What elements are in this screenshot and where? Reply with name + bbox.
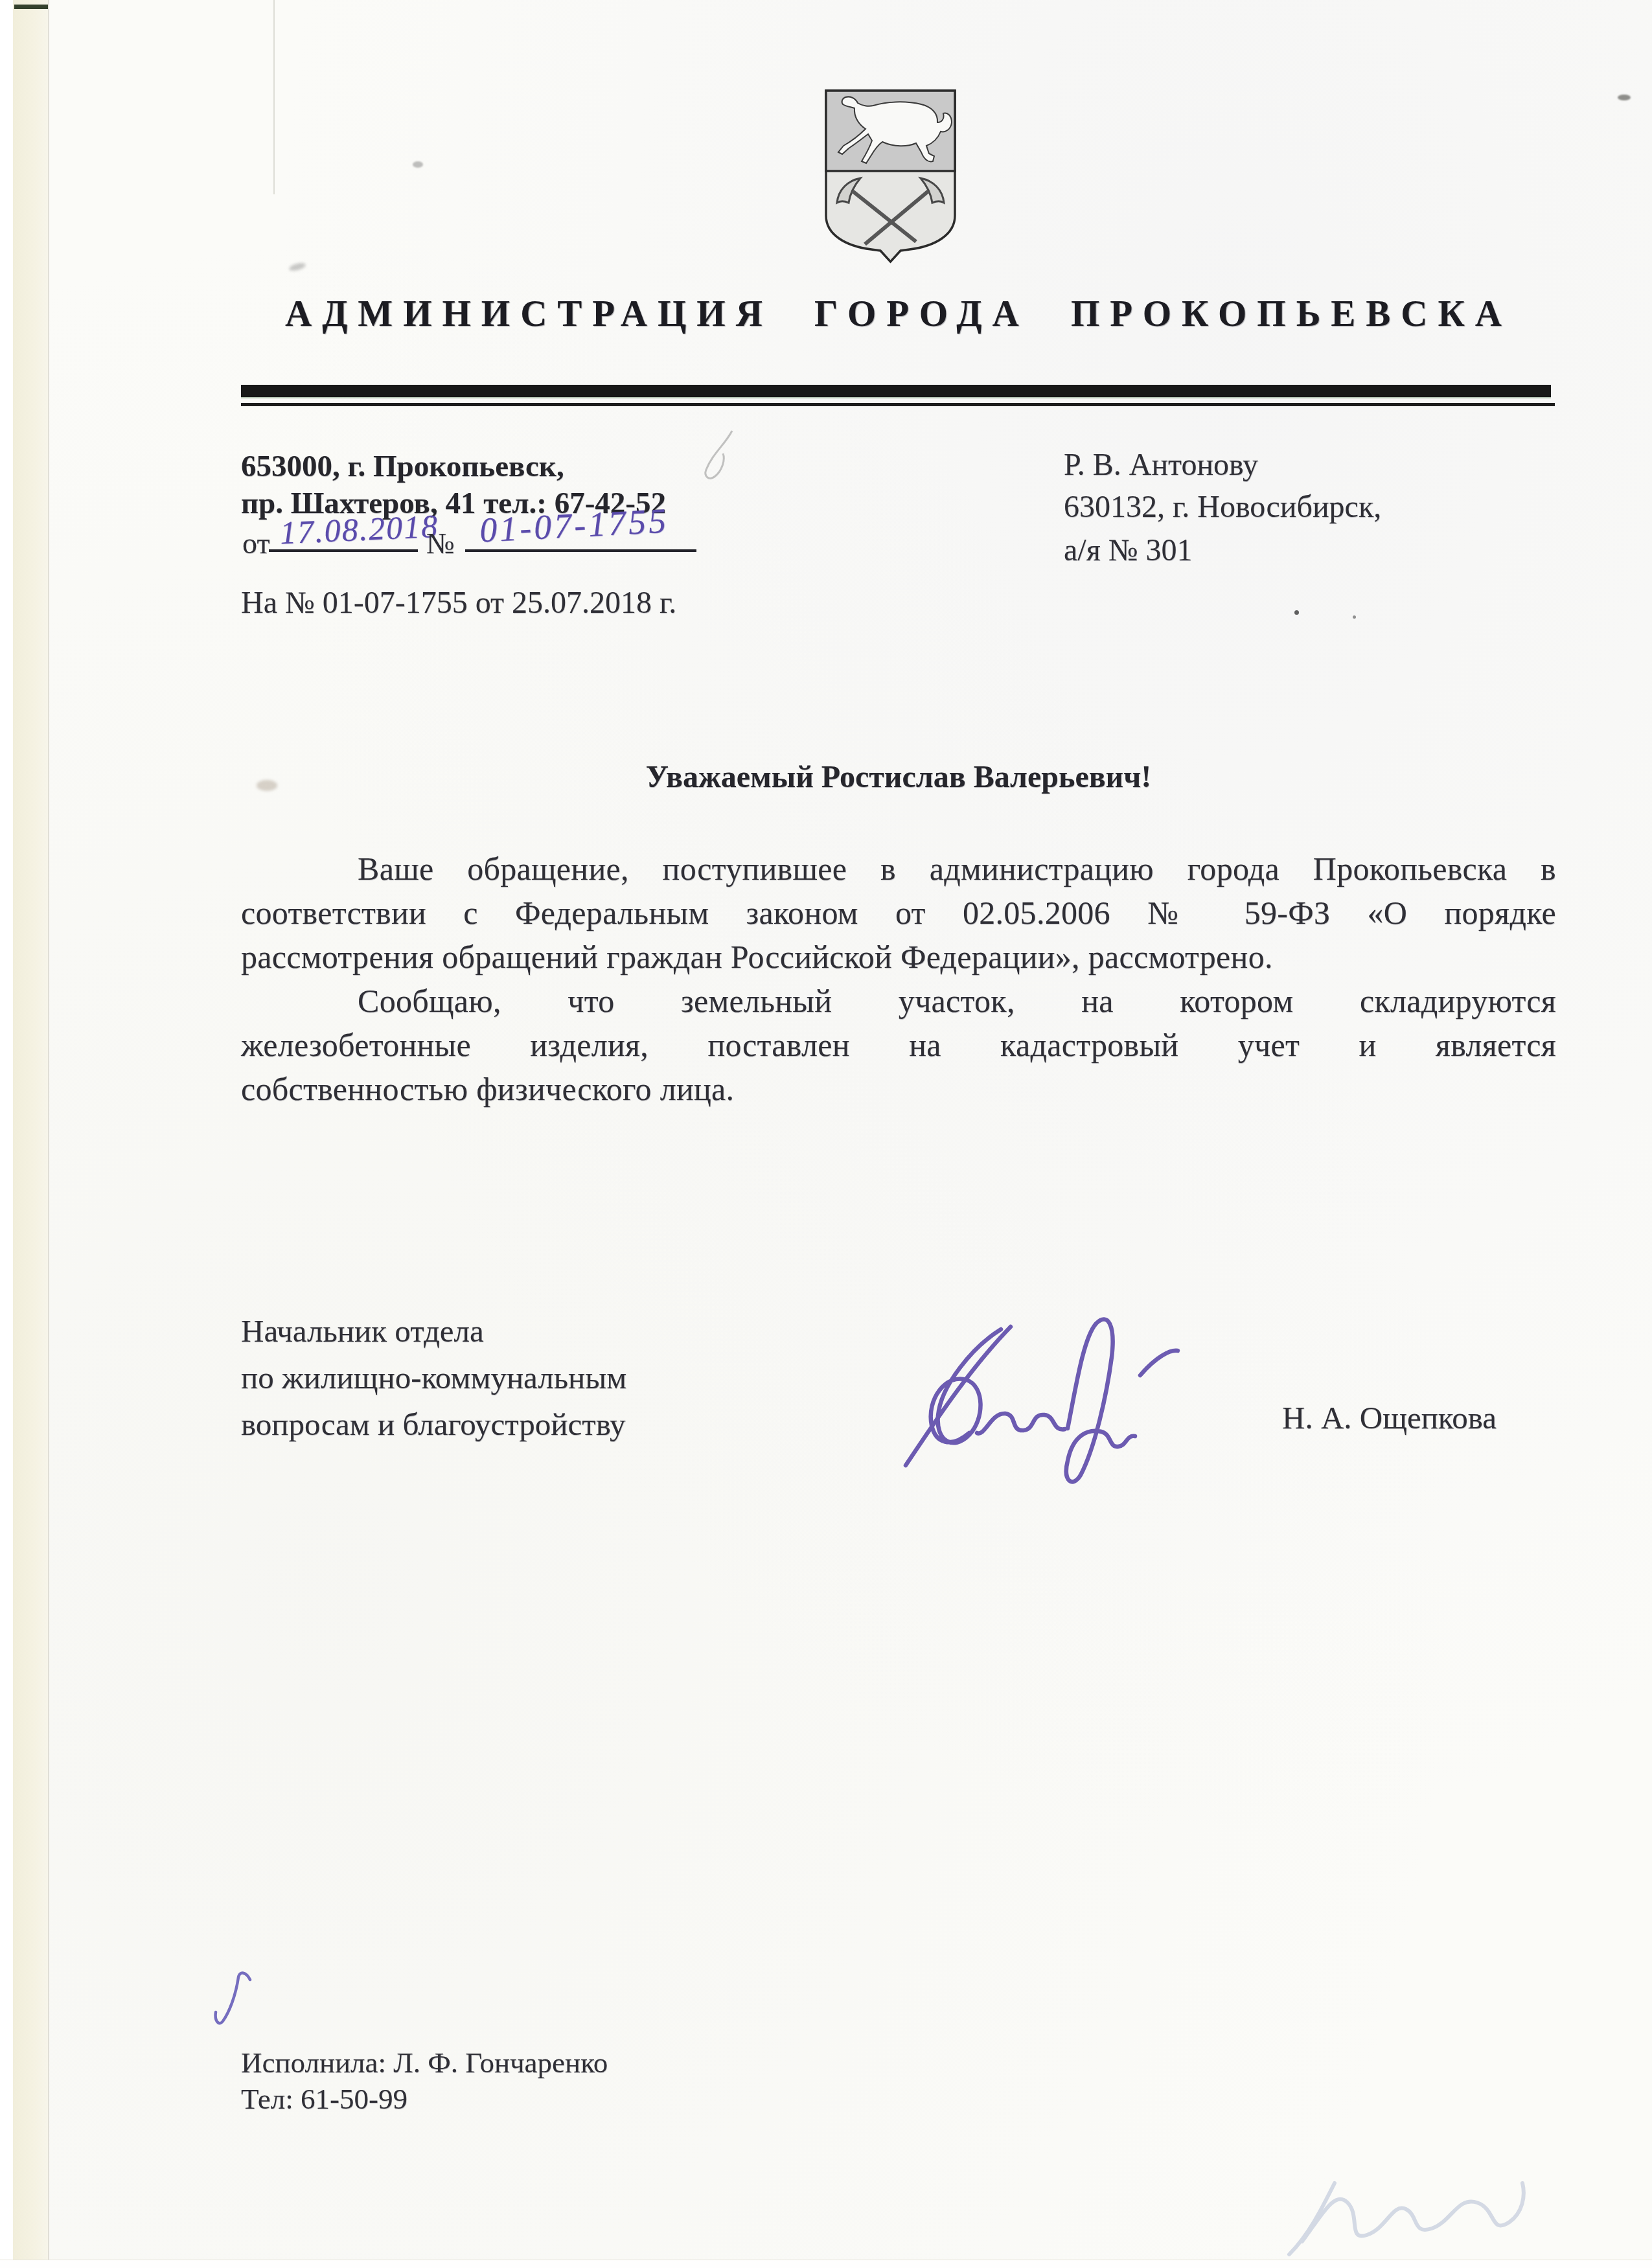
body-line: железобетонные изделия, поставлен на кад… xyxy=(241,1023,1556,1067)
divider-line xyxy=(241,403,1555,406)
body-line: собственностью физического лица. xyxy=(241,1067,1556,1111)
recipient-city: 630132, г. Новосибирск, xyxy=(1064,489,1381,525)
pen-checkmark-mark xyxy=(204,1963,275,2041)
body-line: рассмотрения обращений граждан Российско… xyxy=(241,935,1556,979)
bleed-through-signature xyxy=(1276,2164,1548,2267)
executor-line: Исполнила: Л. Ф. Гончаренко xyxy=(241,2046,608,2079)
pencil-squiggle-mark xyxy=(693,424,745,489)
scan-speck xyxy=(288,262,306,272)
number-underline xyxy=(465,549,696,552)
number-label: № xyxy=(426,526,455,560)
org-name: АДМИНИСТРАЦИЯ ГОРОДА ПРОКОПЬЕВСКА xyxy=(241,293,1556,335)
paper-crease xyxy=(273,0,275,194)
coat-of-arms-icon xyxy=(824,88,957,264)
paper-left-edge-shadow xyxy=(48,0,49,2268)
sender-address-line1: 653000, г. Прокопьевск, xyxy=(241,449,564,484)
scanner-edge-strip xyxy=(13,0,48,2268)
scanned-letter-page: АДМИНИСТРАЦИЯ ГОРОДА ПРОКОПЬЕВСКА 653000… xyxy=(0,0,1652,2268)
scanner-bed-edge xyxy=(0,0,13,2268)
handwritten-date: 17.08.2018 xyxy=(279,507,439,552)
scan-speck xyxy=(1618,95,1631,100)
scan-speck xyxy=(257,780,277,791)
body-line: Ваше обращение, поступившее в администра… xyxy=(241,847,1556,891)
letter-body: Ваше обращение, поступившее в администра… xyxy=(241,847,1556,1111)
scan-speck xyxy=(413,161,423,168)
scan-corner-mark xyxy=(14,5,48,9)
divider-bar xyxy=(241,385,1551,397)
date-label: от xyxy=(242,526,270,560)
scan-speck xyxy=(1353,615,1356,619)
body-line: Сообщаю, что земельный участок, на котор… xyxy=(241,979,1556,1023)
body-line: соответствии с Федеральным законом от 02… xyxy=(241,891,1556,935)
signatory-name: Н. А. Ощепкова xyxy=(1282,1399,1497,1436)
signoff-position-line2: по жилищно-коммунальным xyxy=(241,1359,626,1396)
date-underline xyxy=(269,549,418,552)
signoff-position-line1: Начальник отдела xyxy=(241,1312,484,1349)
signoff-position-line3: вопросам и благоустройству xyxy=(241,1406,626,1443)
recipient-box: а/я № 301 xyxy=(1064,533,1193,568)
scan-speck xyxy=(1294,610,1299,615)
reference-line: На № 01-07-1755 от 25.07.2018 г. xyxy=(241,585,676,621)
recipient-name: Р. В. Антонову xyxy=(1064,447,1258,483)
phone-line: Тел: 61-50-99 xyxy=(241,2082,407,2116)
signature-icon xyxy=(881,1296,1205,1503)
salutation: Уважаемый Ростислав Валерьевич! xyxy=(241,759,1556,795)
